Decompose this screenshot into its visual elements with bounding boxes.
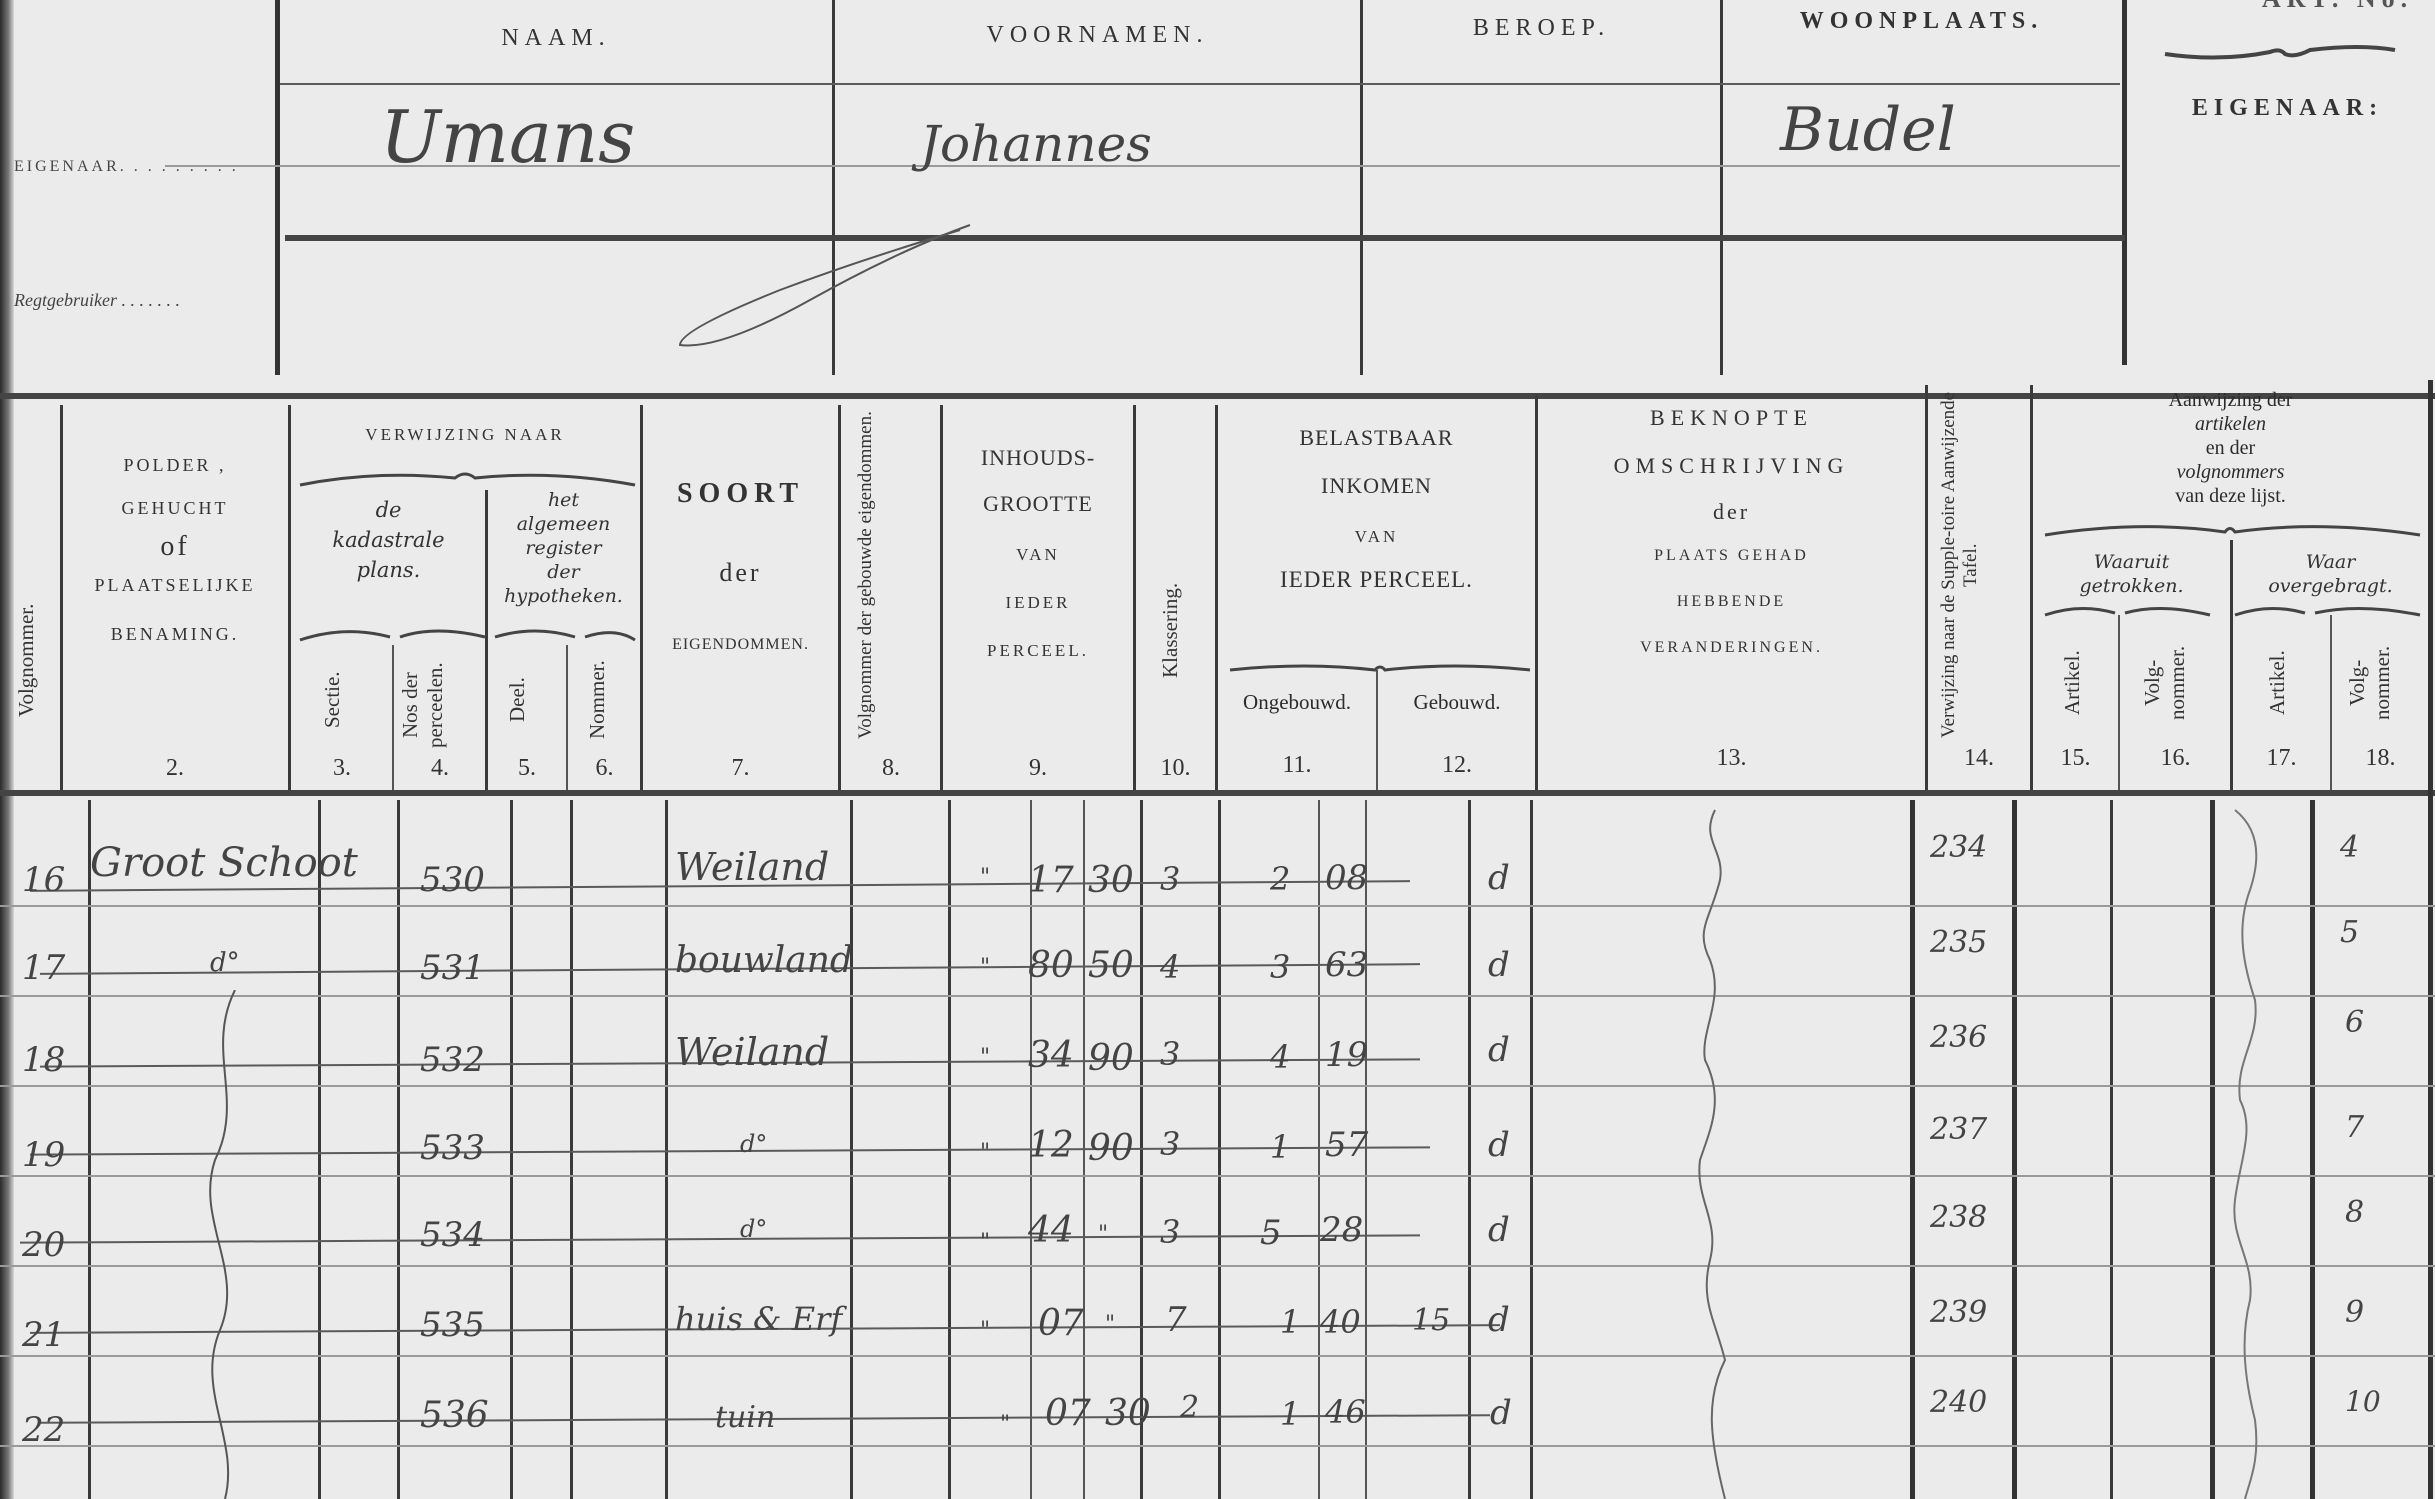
header-waar-overgebragt: Waar overgebragt. bbox=[2233, 550, 2428, 598]
row-volgnr: 20 bbox=[22, 1225, 65, 1265]
row-volgnr: 18 bbox=[22, 1040, 65, 1080]
header-col17-num: 17. bbox=[2233, 745, 2330, 772]
header-verwijzing-naar: VERWIJZING NAAR bbox=[290, 425, 640, 445]
row-volg-over: 7 bbox=[2345, 1110, 2364, 1145]
row-soort: huis & Erf bbox=[675, 1300, 842, 1338]
row-perceel: 535 bbox=[420, 1305, 485, 1345]
row-ongebouwd-b: 46 bbox=[1325, 1393, 1366, 1431]
header-text: of bbox=[62, 531, 288, 563]
header-col18-num: 18. bbox=[2333, 745, 2428, 772]
row-polder: Groot Schoot bbox=[90, 840, 358, 886]
header-col9: INHOUDS- GROOTTE VAN IEDER PERCEEL. bbox=[943, 445, 1133, 661]
col-divider bbox=[838, 405, 841, 790]
header-kadastrale-plans: de kadastrale plans. bbox=[292, 495, 485, 585]
row-ditto: " bbox=[980, 1230, 990, 1255]
ditto-wave-icon bbox=[195, 990, 255, 1499]
ruled-line bbox=[0, 1355, 2435, 1357]
row-inhoud-a: 34 bbox=[1028, 1035, 1074, 1076]
header-col6-num: 6. bbox=[569, 755, 640, 782]
row-volg-over: 6 bbox=[2345, 1005, 2364, 1040]
row-omschrijving: d bbox=[1488, 1300, 1510, 1340]
ruled-line bbox=[0, 1175, 2435, 1177]
row-inhoud-b: 50 bbox=[1088, 945, 1134, 986]
header-col12-num: 12. bbox=[1379, 752, 1535, 779]
header-waaruit-getrokken: Waaruit getrokken. bbox=[2033, 550, 2230, 598]
row-volg-over: 8 bbox=[2345, 1195, 2364, 1230]
header-col16: Volg-nommer. bbox=[2140, 625, 2210, 740]
header-col11: Ongebouwd. bbox=[1218, 690, 1376, 715]
row-inhoud-b: 90 bbox=[1088, 1128, 1134, 1169]
row-klasse: 3 bbox=[1160, 1213, 1180, 1251]
col-divider bbox=[566, 645, 568, 790]
row-inhoud-a: 44 bbox=[1028, 1210, 1074, 1251]
row-inhoud-a: 12 bbox=[1028, 1125, 1074, 1166]
header-text: POLDER , bbox=[62, 455, 288, 476]
row-ongebouwd-a: 5 bbox=[1260, 1213, 1282, 1253]
row-ditto: " bbox=[980, 1318, 990, 1343]
row-inhoud-b: 30 bbox=[1105, 1393, 1151, 1434]
row-omschrijving: d bbox=[1488, 1125, 1510, 1165]
heading-woonplaats: WOONPLAATS. bbox=[1723, 8, 2120, 35]
header-col3: Sectie. bbox=[320, 650, 350, 750]
header-col9-num: 9. bbox=[943, 755, 1133, 782]
row-ongebouwd-a: 1 bbox=[1280, 1395, 1300, 1433]
header-col3-num: 3. bbox=[292, 755, 392, 782]
row-inhoud-b: " bbox=[1098, 1222, 1108, 1247]
ruled-line bbox=[0, 1265, 2435, 1267]
ditto-wave-icon bbox=[2220, 800, 2280, 1499]
header-col8: Volgnommer der gebouwde eigendommen. bbox=[855, 405, 925, 745]
row-inhoud-a: 80 bbox=[1028, 945, 1074, 986]
row-omschrijving: d bbox=[1488, 1210, 1510, 1250]
heading-voornamen: VOORNAMEN. bbox=[835, 22, 1360, 49]
row-soort: bouwland bbox=[675, 940, 853, 981]
eigenaar-label: EIGENAAR: bbox=[2140, 95, 2435, 122]
col-divider bbox=[1376, 670, 1378, 790]
row-klasse: 3 bbox=[1160, 860, 1180, 898]
ruled-line bbox=[0, 1445, 2435, 1447]
col-divider bbox=[2330, 615, 2332, 790]
row-verwijzing: 235 bbox=[1930, 925, 1987, 960]
owner-naam-value: Umans bbox=[380, 95, 635, 179]
header-col2-num: 2. bbox=[62, 755, 288, 782]
header-col13: BEKNOPTE OMSCHRIJVING der PLAATS GEHAD H… bbox=[1538, 405, 1925, 657]
owner-double-rule bbox=[285, 235, 2125, 241]
row-inhoud-b: " bbox=[1105, 1312, 1115, 1337]
handwritten-flourish-icon bbox=[660, 220, 980, 350]
header-col4-num: 4. bbox=[395, 755, 485, 782]
header-col15: Artikel. bbox=[2060, 625, 2090, 740]
header-aanwijzing: Aanwijzing der artikelen en der volgnomm… bbox=[2033, 388, 2428, 508]
group-brace-icon bbox=[2040, 603, 2425, 623]
header-col6: Nommer. bbox=[585, 650, 615, 750]
col-divider bbox=[288, 405, 291, 790]
row-verwijzing: 234 bbox=[1930, 830, 1987, 865]
table-right-border bbox=[2428, 380, 2433, 1499]
header-col10: Klassering. bbox=[1158, 540, 1188, 720]
row-ongebouwd-b: 19 bbox=[1325, 1035, 1368, 1075]
ruled-line bbox=[0, 905, 2435, 907]
group-brace-icon bbox=[295, 470, 640, 490]
row-inhoud-a: 07 bbox=[1038, 1303, 1084, 1344]
row-volgnr: 17 bbox=[22, 948, 65, 988]
row-label-regtgebruiker: Regtgebruiker . . . . . . . bbox=[14, 290, 180, 311]
row-ditto: " bbox=[1000, 1412, 1010, 1437]
header-belastbaar: BELASTBAAR INKOMEN VAN IEDER PERCEEL. bbox=[1218, 425, 1535, 593]
header-col5-num: 5. bbox=[488, 755, 566, 782]
row-soort: d° bbox=[740, 1215, 767, 1243]
row-ditto: " bbox=[980, 1045, 990, 1070]
row-omschrijving: d bbox=[1488, 945, 1510, 985]
header-col15-num: 15. bbox=[2033, 745, 2118, 772]
header-col4: Nos der perceelen. bbox=[398, 650, 478, 760]
owner-col-divider bbox=[1720, 0, 1723, 375]
header-col18: Volg-nommer. bbox=[2345, 625, 2415, 740]
row-verwijzing: 238 bbox=[1930, 1200, 1987, 1235]
col-divider bbox=[2118, 615, 2120, 790]
row-volg-over: 10 bbox=[2345, 1385, 2381, 1418]
row-volg-over: 9 bbox=[2345, 1295, 2364, 1330]
header-text: PLAATSELIJKE bbox=[62, 575, 288, 596]
owner-col-divider bbox=[1360, 0, 1363, 375]
row-ditto: " bbox=[980, 955, 990, 980]
header-text: GEHUCHT bbox=[62, 498, 288, 519]
header-text: BENAMING. bbox=[62, 624, 288, 645]
row-inhoud-b: 30 bbox=[1088, 860, 1134, 901]
row-ditto: " bbox=[980, 865, 990, 890]
row-klasse: 4 bbox=[1160, 948, 1180, 986]
row-volgnr: 21 bbox=[22, 1315, 65, 1355]
row-polder: d° bbox=[210, 948, 240, 978]
row-label-eigenaar: EIGENAAR. . . . . . . . . bbox=[14, 158, 239, 176]
row-perceel: 533 bbox=[420, 1128, 485, 1168]
row-soort: Weiland bbox=[675, 1030, 829, 1074]
header-col10-num: 10. bbox=[1136, 755, 1215, 782]
group-brace-icon bbox=[2040, 520, 2425, 540]
header-col11-num: 11. bbox=[1218, 752, 1376, 779]
header-col14-num: 14. bbox=[1928, 745, 2030, 772]
header-col2: POLDER , GEHUCHT of PLAATSELIJKE BENAMIN… bbox=[62, 455, 288, 645]
row-ongebouwd-b: 63 bbox=[1325, 945, 1368, 985]
row-inhoud-a: 17 bbox=[1028, 860, 1074, 901]
row-volgnr: 19 bbox=[22, 1135, 65, 1175]
header-hypotheken: het algemeen register der hypotheken. bbox=[487, 488, 640, 608]
row-omschrijving: d bbox=[1490, 1393, 1512, 1433]
owner-left-border bbox=[275, 0, 280, 375]
row-soort: d° bbox=[740, 1130, 767, 1158]
row-ongebouwd-b: 08 bbox=[1325, 858, 1368, 898]
owner-voornamen-value: Johannes bbox=[920, 115, 1152, 173]
row-volg-over: 4 bbox=[2340, 830, 2359, 865]
row-klasse: 2 bbox=[1180, 1390, 1199, 1425]
row-ongebouwd-b: 40 bbox=[1320, 1303, 1361, 1341]
row-inhoud-b: 90 bbox=[1088, 1038, 1134, 1079]
row-ongebouwd-b: 57 bbox=[1325, 1125, 1368, 1165]
header-col14: Verwijzing naar de Supple-toire Aanwijze… bbox=[1938, 390, 2018, 740]
row-verwijzing: 240 bbox=[1930, 1385, 1987, 1420]
header-col16-num: 16. bbox=[2121, 745, 2230, 772]
header-col12: Gebouwd. bbox=[1379, 690, 1535, 715]
row-soort: Weiland bbox=[675, 845, 829, 889]
row-omschrijving: d bbox=[1488, 1030, 1510, 1070]
row-ongebouwd-a: 1 bbox=[1270, 1128, 1290, 1166]
row-ongebouwd-a: 3 bbox=[1270, 948, 1290, 986]
header-col17: Artikel. bbox=[2265, 625, 2295, 740]
row-verwijzing: 237 bbox=[1930, 1112, 1987, 1147]
row-klasse: 3 bbox=[1160, 1125, 1180, 1163]
owner-woonplaats-value: Budel bbox=[1780, 95, 1956, 165]
heading-naam: NAAM. bbox=[280, 25, 832, 52]
group-brace-icon bbox=[1225, 660, 1535, 680]
row-volg-over: 5 bbox=[2340, 915, 2359, 950]
row-verwijzing: 236 bbox=[1930, 1020, 1987, 1055]
header-col5: Deel. bbox=[505, 650, 535, 750]
row-perceel: 531 bbox=[420, 948, 485, 988]
ruled-line bbox=[0, 1085, 2435, 1087]
row-ditto: " bbox=[980, 1140, 990, 1165]
owner-heading-rule bbox=[280, 83, 2120, 85]
header-bottom-rule bbox=[0, 790, 2435, 796]
col-divider bbox=[392, 645, 394, 790]
row-omschrijving: d bbox=[1488, 858, 1510, 898]
owner-col-divider bbox=[2122, 0, 2127, 365]
header-col1: Volgnommer. bbox=[14, 560, 44, 760]
row-perceel: 536 bbox=[420, 1395, 489, 1436]
row-verwijzing: 239 bbox=[1930, 1295, 1987, 1330]
ditto-wave-icon bbox=[1685, 800, 1745, 1499]
row-gebouwd: 15 bbox=[1412, 1303, 1450, 1338]
decorative-flourish-icon bbox=[2160, 40, 2400, 64]
header-col8-num: 8. bbox=[842, 755, 940, 782]
row-klasse: 3 bbox=[1160, 1035, 1180, 1073]
header-col7-num: 7. bbox=[643, 755, 838, 782]
row-perceel: 534 bbox=[420, 1215, 485, 1255]
row-ongebouwd-b: 28 bbox=[1320, 1210, 1363, 1250]
heading-beroep: BEROEP. bbox=[1363, 15, 1720, 42]
ruled-line bbox=[0, 995, 2435, 997]
row-klasse: 7 bbox=[1165, 1300, 1187, 1340]
col-divider bbox=[1925, 385, 1928, 790]
article-number-label: ART. No. bbox=[2240, 0, 2435, 14]
group-brace-icon bbox=[295, 625, 640, 645]
row-inhoud-a: 07 bbox=[1045, 1393, 1091, 1434]
book-binding-edge bbox=[0, 0, 14, 1499]
header-col13-num: 13. bbox=[1538, 745, 1925, 772]
row-perceel: 532 bbox=[420, 1040, 485, 1080]
row-ongebouwd-a: 2 bbox=[1270, 860, 1290, 898]
col-divider bbox=[1133, 405, 1136, 790]
row-ongebouwd-a: 4 bbox=[1270, 1038, 1290, 1076]
row-volgnr: 22 bbox=[22, 1410, 65, 1450]
row-perceel: 530 bbox=[420, 860, 485, 900]
row-ongebouwd-a: 1 bbox=[1280, 1303, 1300, 1341]
row-soort: tuin bbox=[715, 1400, 775, 1435]
row-volgnr: 16 bbox=[22, 860, 65, 900]
header-col7: SOORT der EIGENDOMMEN. bbox=[643, 478, 838, 654]
